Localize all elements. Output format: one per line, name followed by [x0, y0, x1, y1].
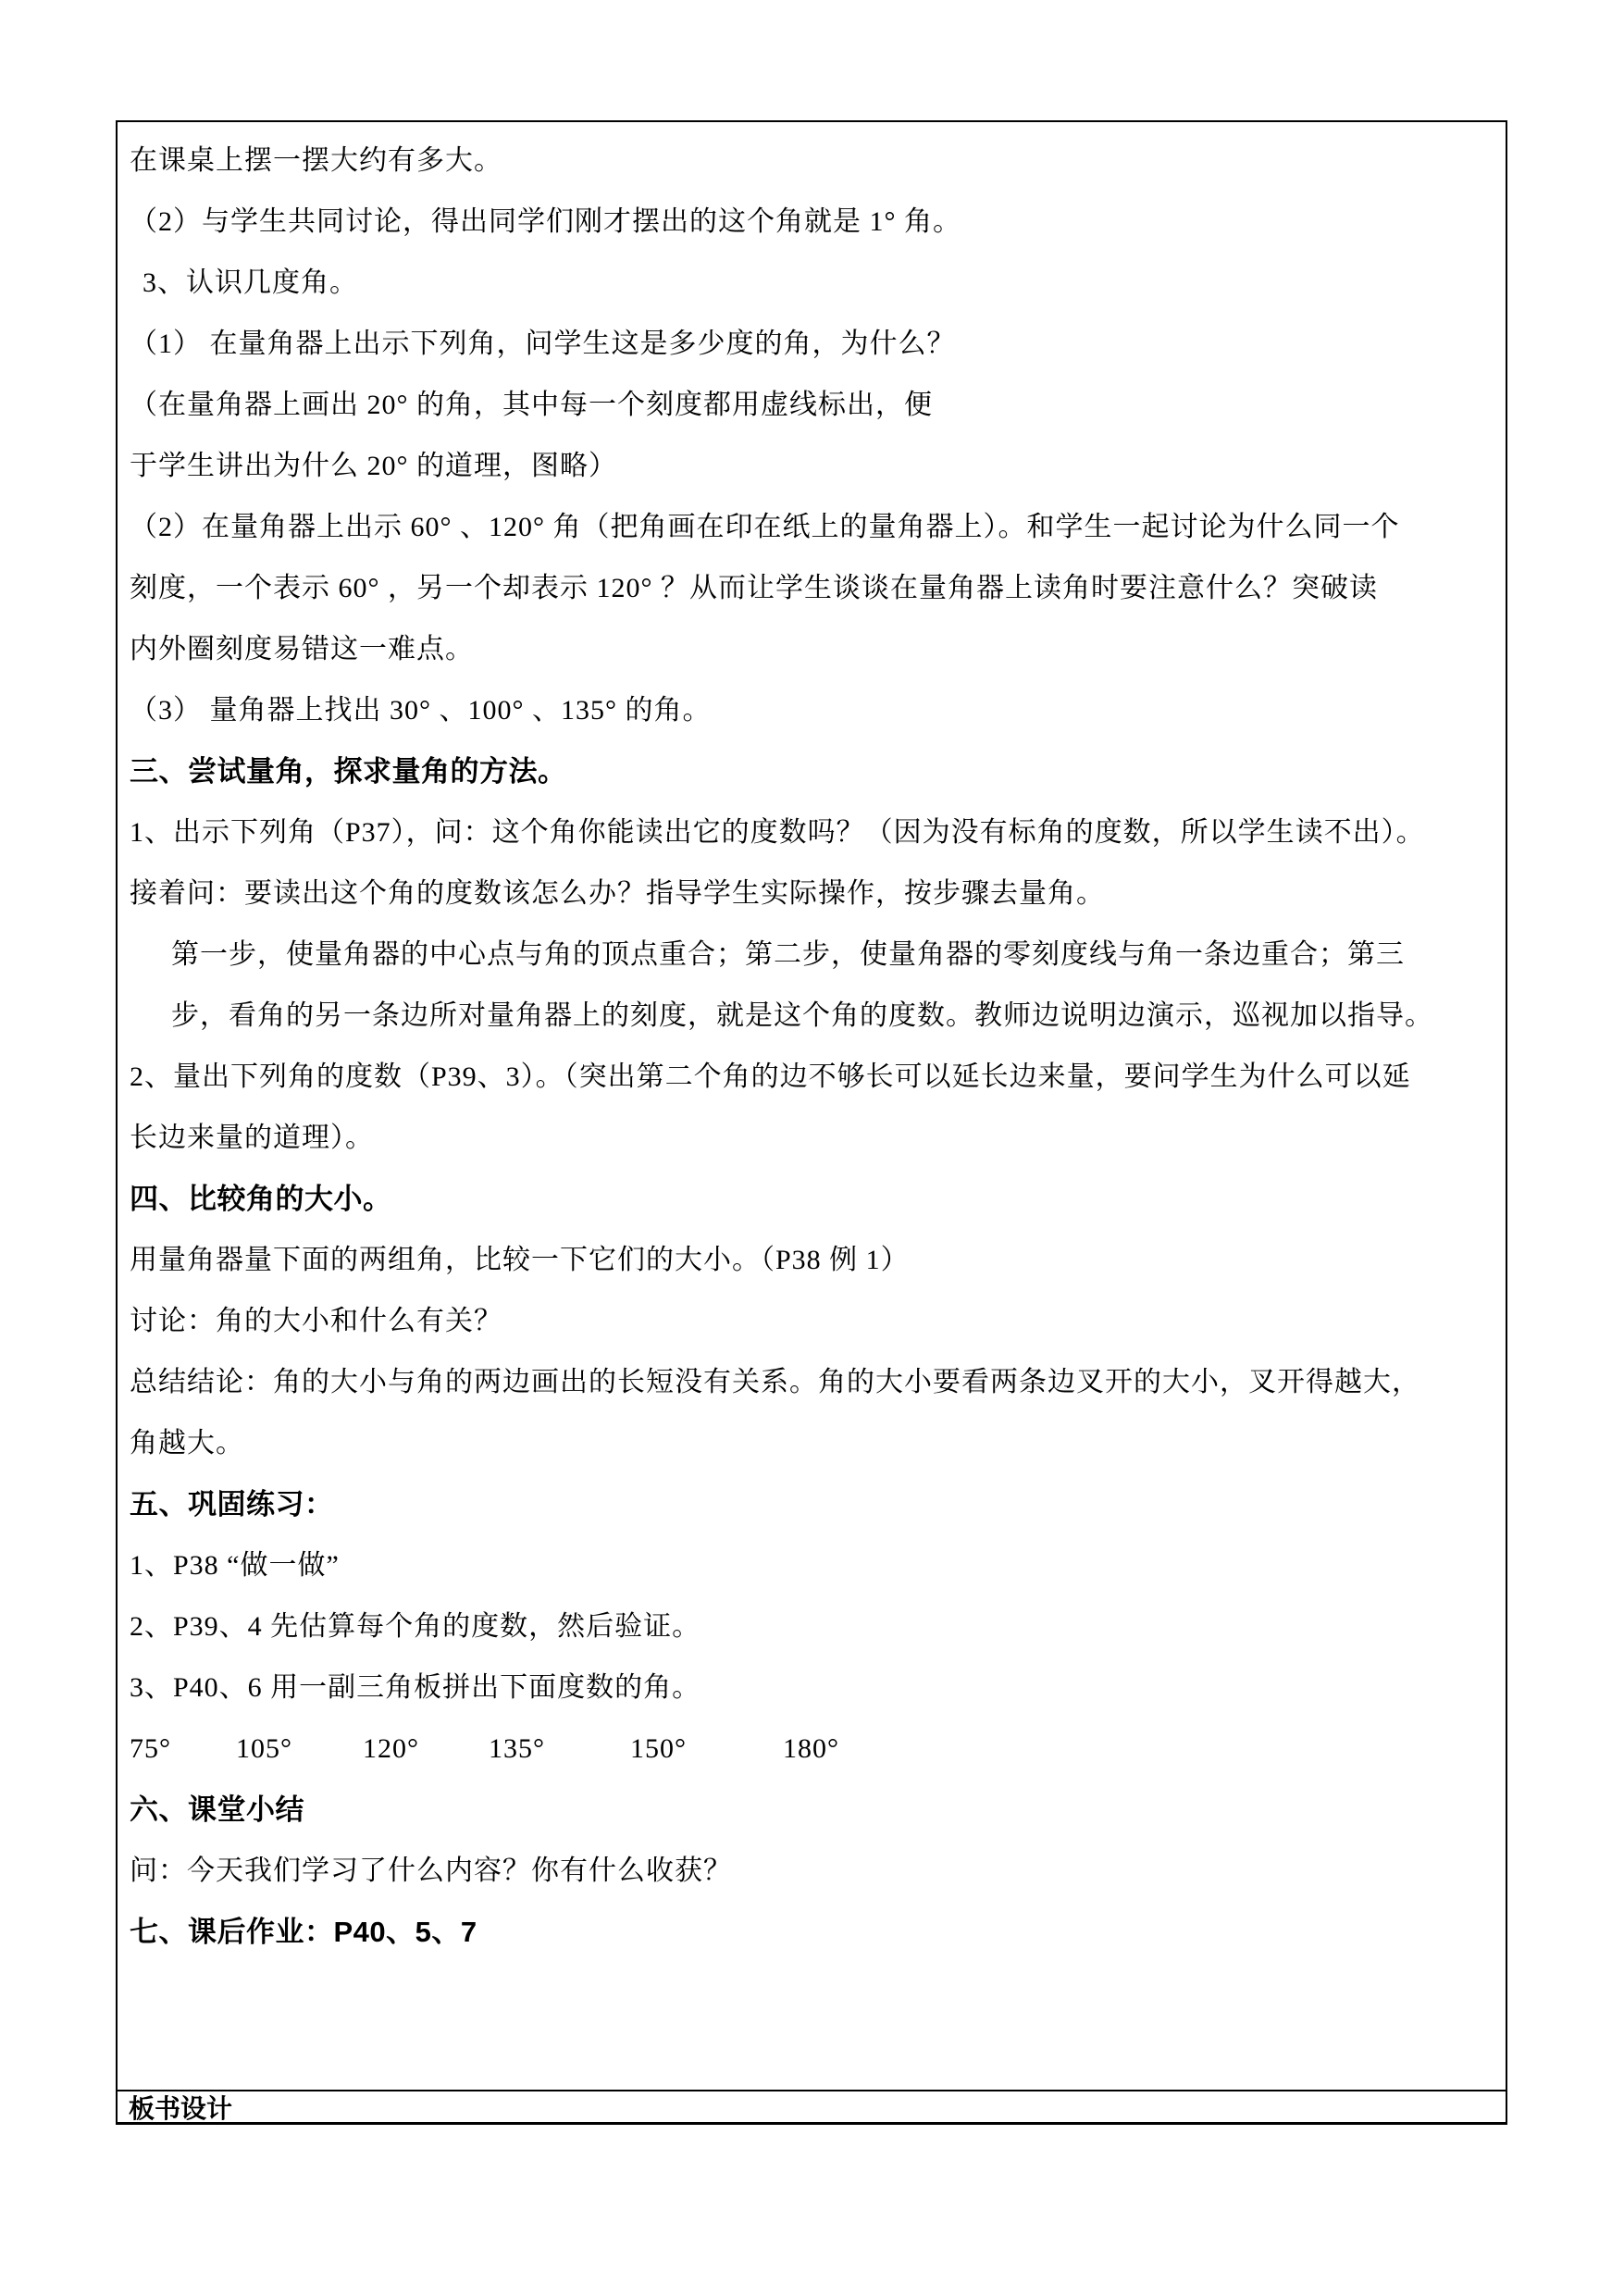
- section-heading-4: 四、比较角的大小。: [130, 1169, 1493, 1230]
- paragraph-line: 2、P39、4 先估算每个角的度数，然后验证。: [130, 1596, 1493, 1657]
- paragraph-line: 接着问：要读出这个角的度数该怎么办？指导学生实际操作，按步骤去量角。: [130, 863, 1493, 925]
- paragraph-line: （3） 量角器上找出 30° 、100° 、135° 的角。: [130, 680, 1493, 741]
- degree-values-line: 75° 105° 120° 135° 150° 180°: [130, 1719, 1493, 1780]
- paragraph-line: 讨论：角的大小和什么有关？: [130, 1291, 1493, 1352]
- lesson-plan-table: 在课桌上摆一摆大约有多大。 （2）与学生共同讨论，得出同学们刚才摆出的这个角就是…: [116, 120, 1507, 2125]
- degree-value: 75°: [130, 1719, 171, 1780]
- paragraph-line: 3、P40、6 用一副三角板拼出下面度数的角。: [130, 1657, 1493, 1719]
- paragraph-line: 内外圈刻度易错这一难点。: [130, 619, 1493, 680]
- section-heading-7: 七、课后作业：P40、5、7: [130, 1902, 1493, 1963]
- paragraph-line: 长边来量的道理）。: [130, 1108, 1493, 1169]
- paragraph-line: （2）在量角器上出示 60° 、120° 角（把角画在印在纸上的量角器上）。和学…: [130, 497, 1493, 558]
- degree-value: 120°: [363, 1719, 419, 1780]
- section-heading-3: 三、尝试量角，探求量角的方法。: [130, 741, 1493, 802]
- paragraph-line: 3、认识几度角。: [130, 253, 1493, 314]
- paragraph-line: 于学生讲出为什么 20° 的道理，图略）: [130, 436, 1493, 497]
- board-design-label: 板书设计: [129, 2089, 232, 2126]
- lesson-content-cell: 在课桌上摆一摆大约有多大。 （2）与学生共同讨论，得出同学们刚才摆出的这个角就是…: [118, 122, 1506, 2090]
- paragraph-line: （在量角器上画出 20° 的角，其中每一个刻度都用虚线标出，便: [130, 375, 1493, 436]
- paragraph-line: 问：今天我们学习了什么内容？你有什么收获？: [130, 1841, 1493, 1902]
- paragraph-line: 1、P38 “做一做”: [130, 1535, 1493, 1596]
- paragraph-line: （2）与学生共同讨论，得出同学们刚才摆出的这个角就是 1° 角。: [130, 192, 1493, 253]
- paragraph-line: 总结结论：角的大小与角的两边画出的长短没有关系。角的大小要看两条边叉开的大小，叉…: [130, 1352, 1493, 1413]
- paragraph-line: 用量角器量下面的两组角，比较一下它们的大小。（P38 例 1）: [130, 1230, 1493, 1291]
- paragraph-line: 刻度，一个表示 60° ，另一个却表示 120° ？从而让学生谈谈在量角器上读角…: [130, 558, 1493, 619]
- paragraph-line: 在课桌上摆一摆大约有多大。: [130, 130, 1493, 192]
- paragraph-line: 第一步，使量角器的中心点与角的顶点重合；第二步，使量角器的零刻度线与角一条边重合…: [130, 925, 1493, 986]
- degree-value: 180°: [783, 1719, 839, 1780]
- section-heading-5: 五、巩固练习：: [130, 1474, 1493, 1535]
- board-design-row: 板书设计: [118, 2090, 1506, 2122]
- paragraph-line: 1、出示下列角（P37），问：这个角你能读出它的度数吗？（因为没有标角的度数，所…: [130, 802, 1493, 863]
- degree-value: 135°: [489, 1719, 545, 1780]
- paragraph-line: 2、量出下列角的度数（P39、3）。（突出第二个角的边不够长可以延长边来量，要问…: [130, 1047, 1493, 1108]
- paragraph-line: （1） 在量角器上出示下列角，问学生这是多少度的角，为什么？: [130, 314, 1493, 375]
- degree-value: 105°: [236, 1719, 292, 1780]
- degree-value: 150°: [630, 1719, 687, 1780]
- paragraph-line: 角越大。: [130, 1413, 1493, 1474]
- section-heading-6: 六、课堂小结: [130, 1780, 1493, 1841]
- paragraph-line: 步，看角的另一条边所对量角器上的刻度，就是这个角的度数。教师边说明边演示，巡视加…: [130, 986, 1493, 1047]
